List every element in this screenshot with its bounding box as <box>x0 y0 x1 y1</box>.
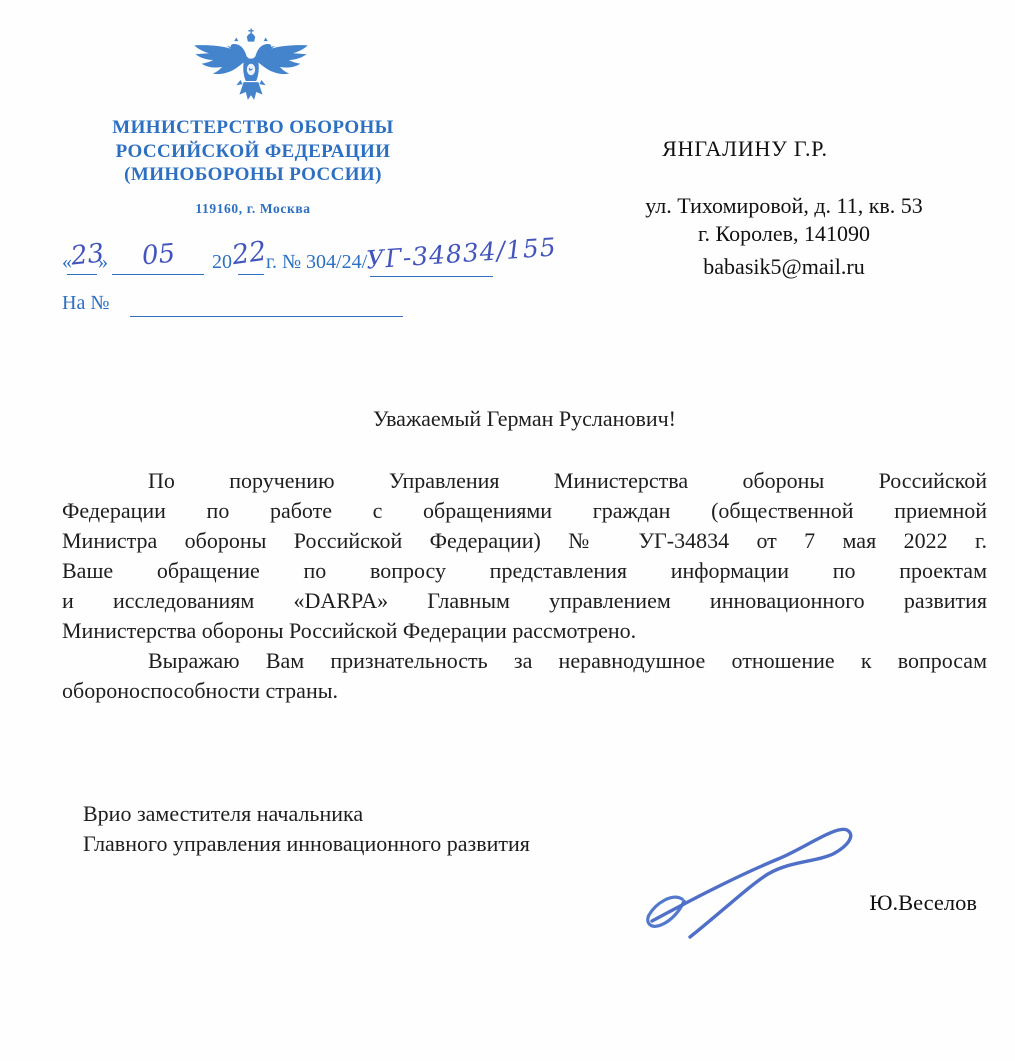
body-line: Федерации по работе с обращениями гражда… <box>62 496 987 526</box>
recipient-email: babasik5@mail.ru <box>584 254 984 280</box>
handwritten-month: 05 <box>141 239 177 272</box>
ministry-name-line1: МИНИСТЕРСТВО ОБОРОНЫ <box>73 116 433 140</box>
ministry-name-line3: (МИНОБОРОНЫ РОССИИ) <box>73 163 433 187</box>
reference-line: На № <box>60 292 480 326</box>
signer-title-line1: Врио заместителя начальника <box>83 799 530 829</box>
body-line: и исследованиям «DARPA» Главным управлен… <box>62 586 987 616</box>
recipient-city-postal: г. Королев, 141090 <box>584 221 984 247</box>
reference-label: На № <box>62 292 109 315</box>
salutation: Уважаемый Герман Русланович! <box>62 406 987 432</box>
year-blank-underline <box>238 273 264 275</box>
signer-title-line2: Главного управления инновационного разви… <box>83 829 530 859</box>
letter-body: По поручению Управления Министерства обо… <box>62 466 987 706</box>
body-line: По поручению Управления Министерства обо… <box>62 466 987 496</box>
body-line: Выражаю Вам признательность за неравноду… <box>62 646 987 676</box>
ministry-postal-address: 119160, г. Москва <box>73 201 433 217</box>
signer-title-block: Врио заместителя начальника Главного упр… <box>83 799 530 858</box>
day-blank-underline <box>67 273 97 275</box>
recipient-street-address: ул. Тихомировой, д. 11, кв. 53 <box>584 193 984 219</box>
body-line: Министра обороны Российской Федерации) №… <box>62 526 987 556</box>
date-number-line: « 23 » 05 20 22 г. № 304/24/ УГ-34834/15… <box>60 243 600 287</box>
close-quote: » <box>98 251 108 274</box>
number-label: г. № 304/24/ <box>266 251 367 274</box>
ministry-name: МИНИСТЕРСТВО ОБОРОНЫ РОССИЙСКОЙ ФЕДЕРАЦИ… <box>73 116 433 187</box>
ministry-name-line2: РОССИЙСКОЙ ФЕДЕРАЦИИ <box>73 140 433 164</box>
signer-name: Ю.Веселов <box>700 890 977 916</box>
handwritten-signature <box>638 813 870 945</box>
number-blank-underline <box>370 275 493 277</box>
body-line: обороноспособности страны. <box>62 676 987 706</box>
handwritten-outgoing-number: УГ-34834/155 <box>365 232 557 274</box>
month-blank-underline <box>112 273 204 275</box>
ministry-emblem-eagle-icon <box>188 24 314 116</box>
letter-page: МИНИСТЕРСТВО ОБОРОНЫ РОССИЙСКОЙ ФЕДЕРАЦИ… <box>0 0 1015 1061</box>
body-line: Министерства обороны Российской Федераци… <box>62 616 987 646</box>
body-line: Ваше обращение по вопросу представления … <box>62 556 987 586</box>
recipient-name: ЯНГАЛИНУ Г.Р. <box>545 136 945 162</box>
year-prefix: 20 <box>212 251 232 274</box>
reference-blank-underline <box>130 315 403 317</box>
handwritten-year: 22 <box>230 236 268 271</box>
